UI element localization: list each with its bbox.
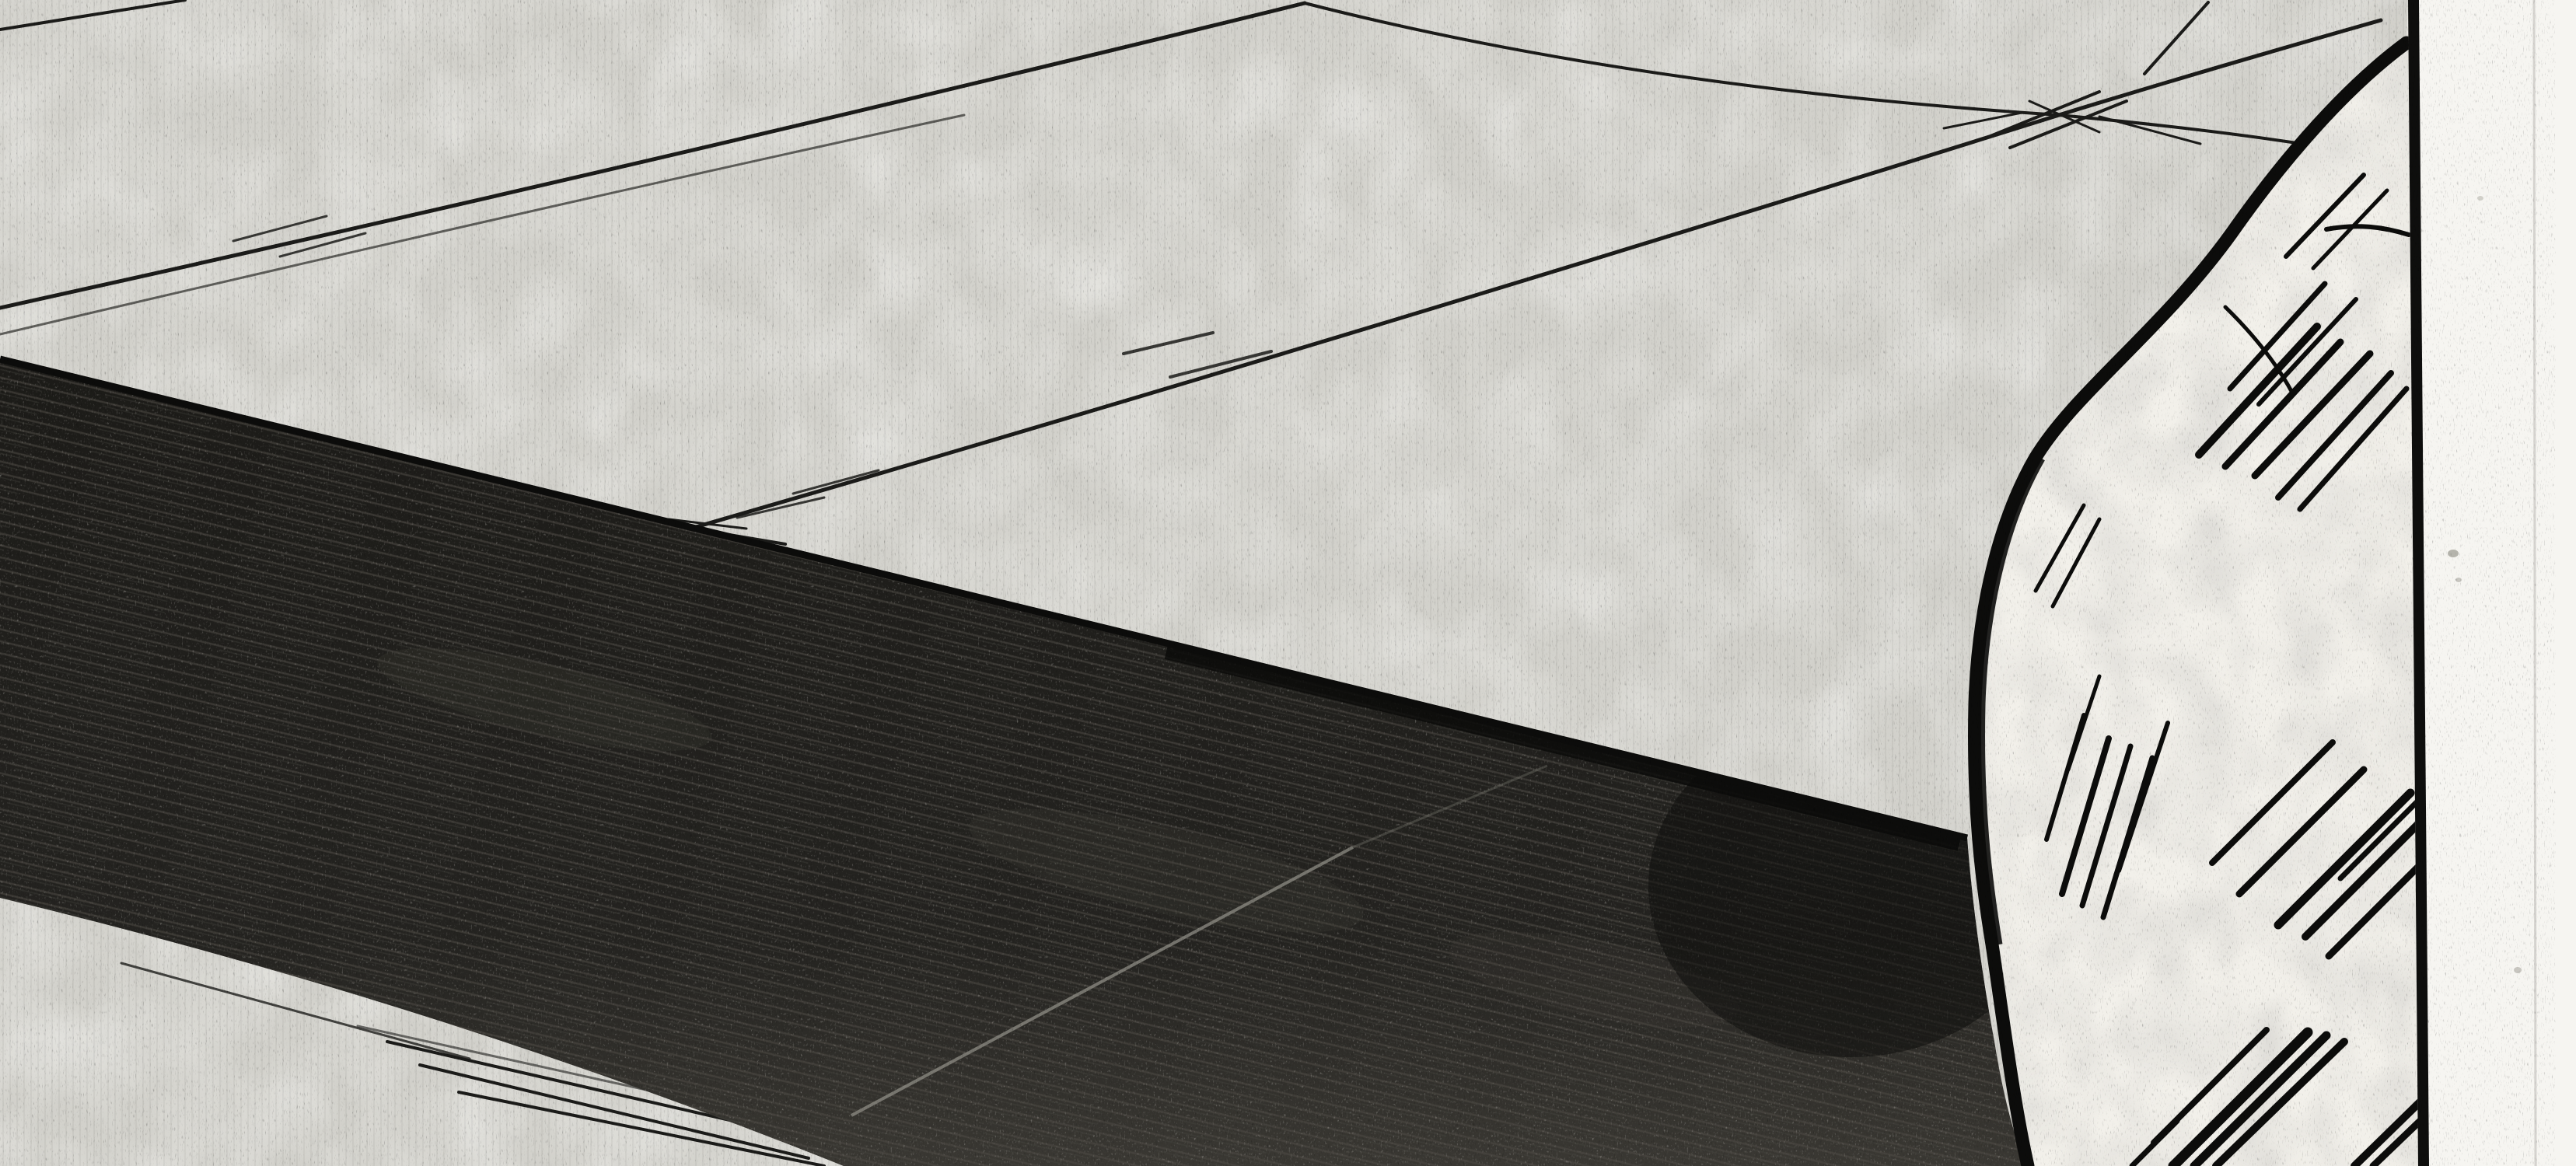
scan-grain-overlay <box>0 0 2434 1166</box>
dust-speck <box>2448 550 2459 557</box>
panel-artwork-canvas <box>0 0 2576 1166</box>
manga-panel <box>0 0 2576 1166</box>
page-fold-line <box>2534 0 2536 1166</box>
dust-speck <box>2455 578 2462 582</box>
dust-speck <box>2477 196 2483 201</box>
dust-speck <box>2514 967 2522 973</box>
